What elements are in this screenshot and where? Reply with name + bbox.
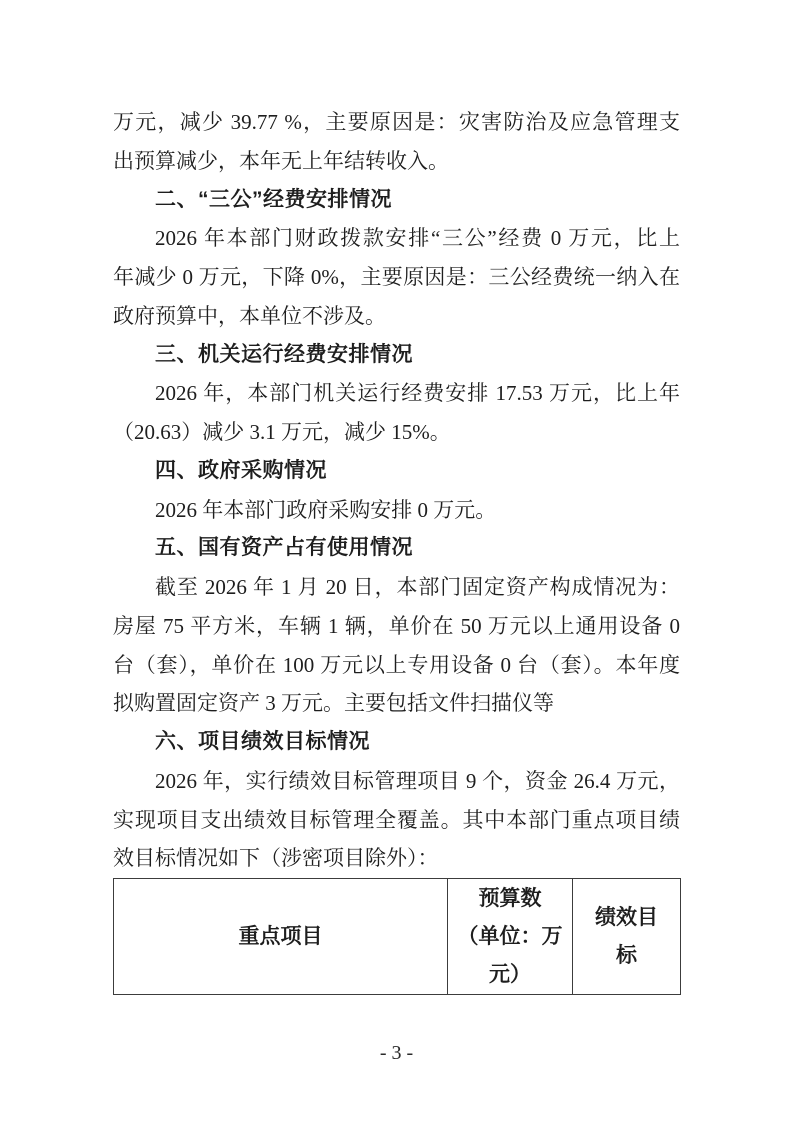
body-text-line: 实现项目支出绩效目标管理全覆盖。其中本部门重点项目绩 [113, 801, 680, 840]
body-text-line: 出预算减少，本年无上年结转收入。 [113, 142, 680, 181]
body-text-line: 2026 年本部门财政拨款安排“三公”经费 0 万元，比上 [113, 219, 680, 258]
body-text-line: （20.63）减少 3.1 万元，减少 15%。 [113, 413, 680, 452]
table-header-performance-target: 绩效目 标 [573, 879, 681, 995]
body-text-line: 年减少 0 万元，下降 0%，主要原因是：三公经费统一纳入在 [113, 258, 680, 297]
body-text-line: 2026 年本部门政府采购安排 0 万元。 [113, 491, 680, 530]
table-header-key-projects: 重点项目 [114, 879, 448, 995]
body-text-line: 拟购置固定资产 3 万元。主要包括文件扫描仪等 [113, 684, 680, 723]
body-text-line: 万元，减少 39.77 %，主要原因是：灾害防治及应急管理支 [113, 103, 680, 142]
performance-targets-table: 重点项目 预算数 （单位：万 元） 绩效目 标 [113, 878, 681, 995]
heading-state-assets: 五、国有资产占有使用情况 [113, 529, 680, 568]
page-body-text: 万元，减少 39.77 %，主要原因是：灾害防治及应急管理支 出预算减少，本年无… [113, 103, 680, 878]
table-header-row: 重点项目 预算数 （单位：万 元） 绩效目 标 [114, 879, 681, 995]
body-text-line: 房屋 75 平方米，车辆 1 辆，单价在 50 万元以上通用设备 0 [113, 607, 680, 646]
body-text-line: 截至 2026 年 1 月 20 日，本部门固定资产构成情况为： [113, 568, 680, 607]
body-text-line: 政府预算中，本单位不涉及。 [113, 297, 680, 336]
heading-operating-expenses: 三、机关运行经费安排情况 [113, 336, 680, 375]
heading-sangong-expenses: 二、“三公”经费安排情况 [113, 181, 680, 220]
table-header-budget-amount: 预算数 （单位：万 元） [448, 879, 573, 995]
body-text-line: 台（套），单价在 100 万元以上专用设备 0 台（套）。本年度 [113, 646, 680, 685]
heading-government-procurement: 四、政府采购情况 [113, 452, 680, 491]
heading-project-performance: 六、项目绩效目标情况 [113, 723, 680, 762]
document-page: 万元，减少 39.77 %，主要原因是：灾害防治及应急管理支 出预算减少，本年无… [0, 0, 793, 1122]
body-text-line: 2026 年，本部门机关运行经费安排 17.53 万元，比上年 [113, 374, 680, 413]
body-text-line: 2026 年，实行绩效目标管理项目 9 个，资金 26.4 万元， [113, 762, 680, 801]
body-text-line: 效目标情况如下（涉密项目除外）： [113, 839, 680, 878]
page-number: - 3 - [0, 1040, 793, 1066]
